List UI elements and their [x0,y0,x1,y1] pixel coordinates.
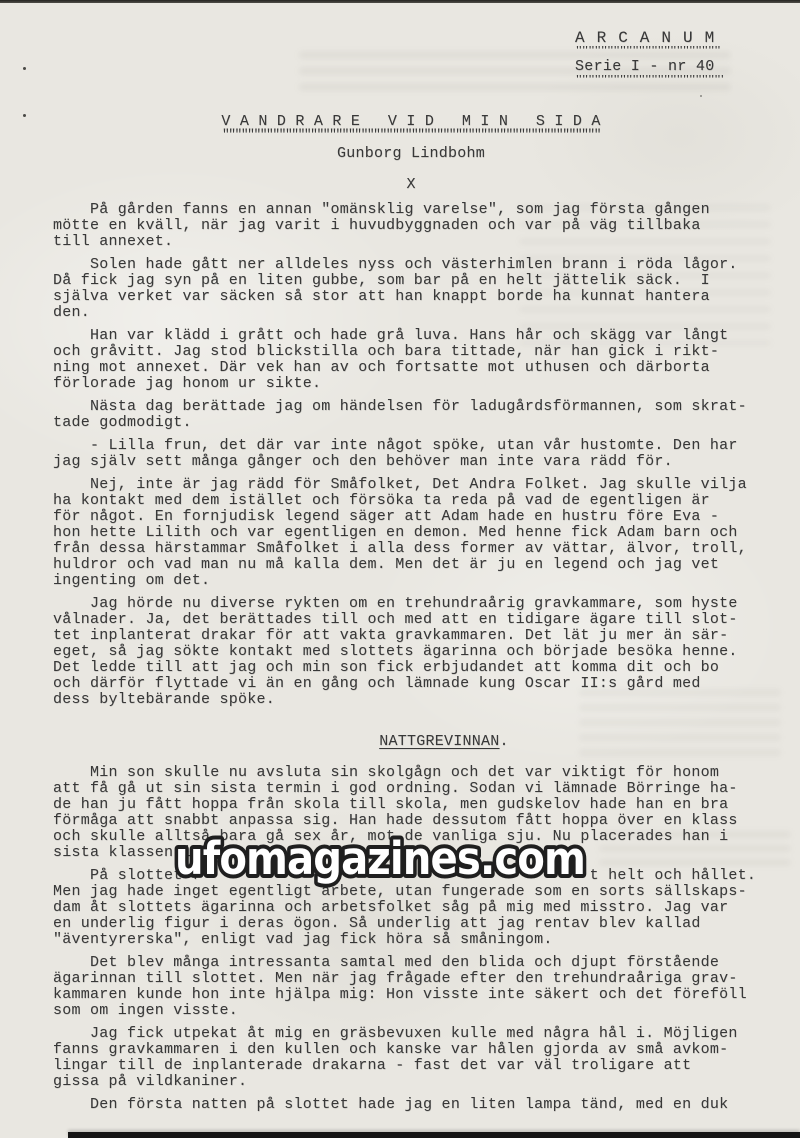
watermark-graphic: ufomagazines.com [168,830,592,890]
paragraph: På gården fanns en annan "omänsklig vare… [53,202,765,250]
paper-speck [23,114,26,117]
magazine-underline: """"""""""""""""""""""" [575,46,723,55]
article-title-block: V A N D R A R E V I D M I N S I D A """"… [0,114,800,193]
paragraph: Solen hade gått ner alldeles nyss och vä… [53,257,765,321]
watermark: ufomagazines.com [168,830,592,890]
paragraph: Nej, inte är jag rädd för Småfolket, Det… [53,477,765,589]
paragraph: Den första natten på slottet hade jag en… [53,1097,765,1113]
paragraph: Det blev många intressanta samtal med de… [53,955,765,1019]
paper-speck [700,95,702,97]
section-heading: NATTGREVINNAN. [88,734,800,750]
paragraph: - Lilla frun, det där var inte något spö… [53,438,765,470]
paragraph: Nästa dag berättade jag om händelsen för… [53,399,765,431]
article-body: På gården fanns en annan "omänsklig vare… [53,202,765,1120]
magazine-header: A R C A N U M """"""""""""""""""""""" Se… [575,30,723,84]
title-underline: """"""""""""""""""""""""""""""""""""""""… [0,130,800,140]
paragraph: Han var klädd i grått och hade grå luva.… [53,328,765,392]
magazine-name: A R C A N U M [575,30,723,46]
paragraph: Jag hörde nu diverse rykten om en trehun… [53,596,765,708]
series-underline: """""""""""""""""""""""" [575,75,723,84]
scanned-page: { "colors": { "paper": "#e9e7e1", "ink":… [0,0,800,1138]
author-name: Gunborg Lindbohm [0,145,800,162]
paragraph: Jag fick utpekat åt mig en gräsbevuxen k… [53,1026,765,1090]
paper-speck [23,67,26,70]
scan-edge-bottom [68,1132,800,1138]
chapter-number: X [0,176,800,193]
watermark-text: ufomagazines.com [175,832,585,885]
series-number: Serie I - nr 40 [575,59,723,75]
scan-edge-top [0,0,800,3]
